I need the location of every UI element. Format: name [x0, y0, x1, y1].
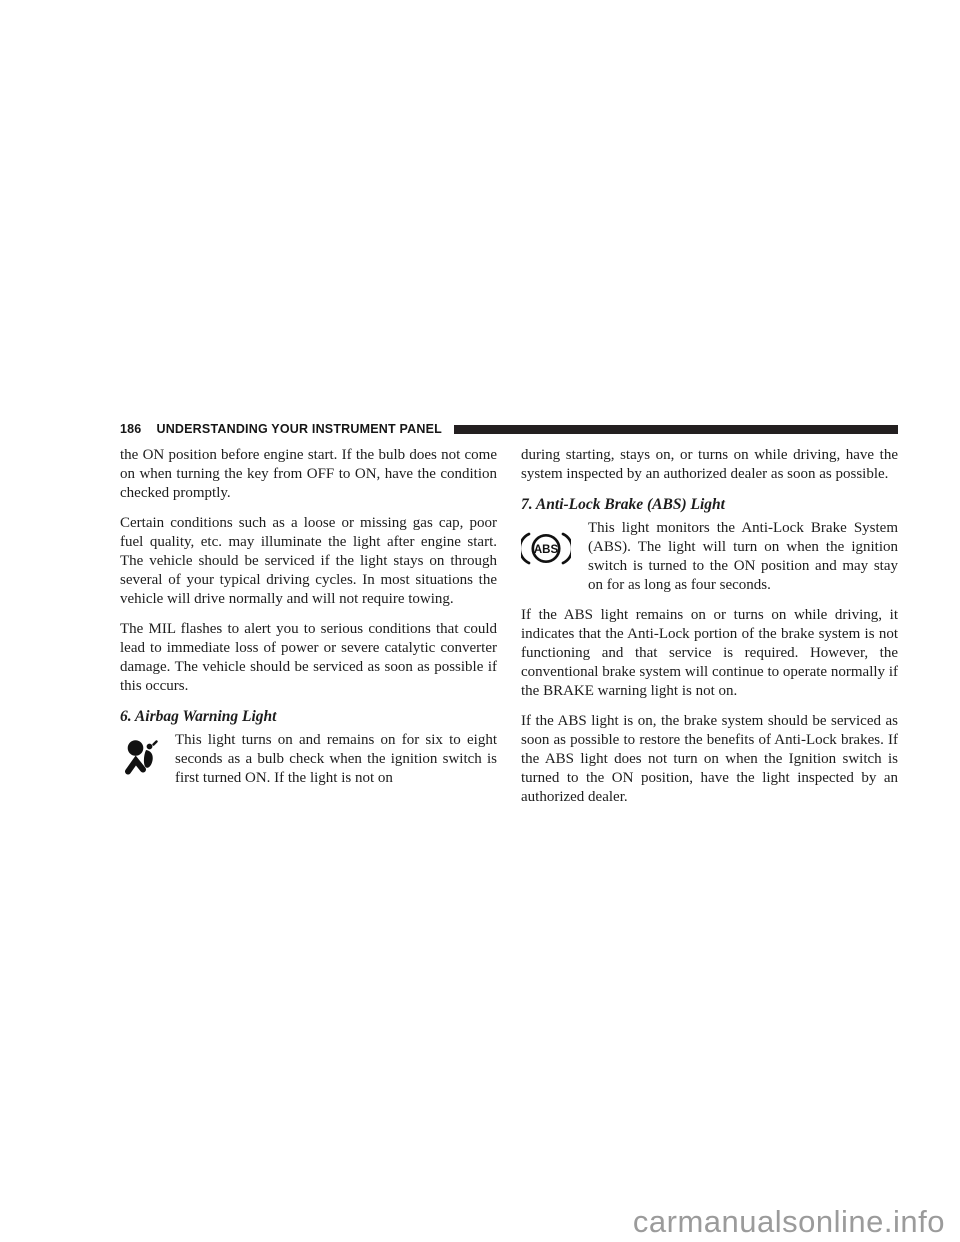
body-paragraph-airbag-continued: during starting, stays on, or turns on w… [521, 446, 898, 484]
chapter-title: UNDERSTANDING YOUR INSTRUMENT PANEL [156, 422, 441, 436]
section-heading-airbag: 6. Airbag Warning Light [120, 707, 497, 726]
airbag-warning-icon [120, 731, 175, 788]
body-paragraph-abs-3: If the ABS light is on, the brake system… [521, 712, 898, 807]
page-number: 186 [120, 422, 141, 436]
abs-warning-icon: ABS [521, 519, 588, 595]
watermark-text: carmanualsonline.info [633, 1204, 945, 1240]
right-column: during starting, stays on, or turns on w… [521, 446, 898, 818]
two-column-body: the ON position before engine start. If … [120, 446, 898, 818]
body-paragraph-mil-2: Certain conditions such as a loose or mi… [120, 514, 497, 609]
abs-icon-label: ABS [534, 544, 559, 556]
body-paragraph-abs-2: If the ABS light remains on or turns on … [521, 606, 898, 701]
body-paragraph-mil-3: The MIL flashes to alert you to serious … [120, 620, 497, 696]
abs-section: ABS This light monitors the Anti-Lock Br… [521, 519, 898, 595]
section-heading-abs: 7. Anti-Lock Brake (ABS) Light [521, 495, 898, 514]
left-column: the ON position before engine start. If … [120, 446, 497, 818]
airbag-section: This light turns on and remains on for s… [120, 731, 497, 788]
body-paragraph-mil-1: the ON position before engine start. If … [120, 446, 497, 503]
header-rule-bar [454, 425, 898, 434]
body-paragraph-abs-1: This light monitors the Anti-Lock Brake … [588, 519, 898, 595]
body-paragraph-airbag: This light turns on and remains on for s… [175, 731, 497, 788]
page-header: 186 UNDERSTANDING YOUR INSTRUMENT PANEL [120, 422, 898, 436]
manual-page: 186 UNDERSTANDING YOUR INSTRUMENT PANEL … [0, 0, 960, 1242]
